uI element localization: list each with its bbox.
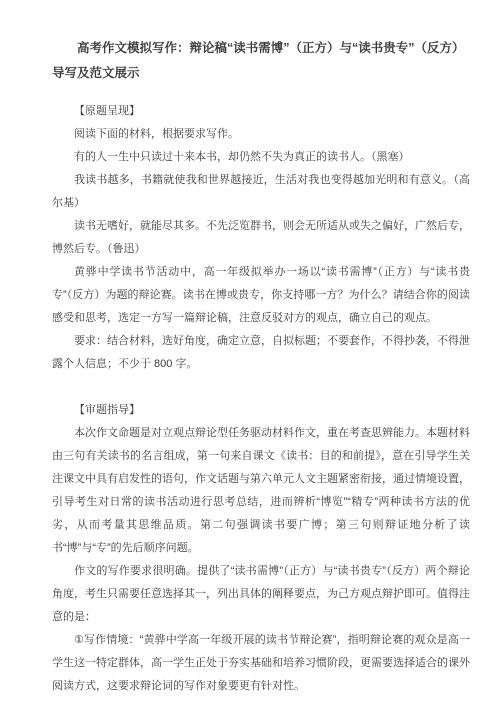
paragraph-quote-hesse: 有的人一生中只读过十来本书，却仍然不失为真正的读书人。（黑塞） — [52, 146, 470, 169]
paragraph-quote-gorky: 我读书越多，书籍就使我和世界越接近，生活对我也变得越加光明和有意义。（高尔基） — [52, 169, 470, 215]
section-topic-guidance: 【审题指导】 本次作文命题是对立观点辩论型任务驱动材料作文，重在考查思辨能力。本… — [52, 399, 470, 698]
paragraph-guidance-requirements: 作文的写作要求很明确。提供了“读书需博”（正方）与“读书贵专”（反方）两个辩论角… — [52, 560, 470, 629]
paragraph-quote-luxun: 读书无嗜好，就能尽其多。不先泛览群书，则会无所适从或失之偏好，广然后专，博然后专… — [52, 215, 470, 261]
document-title: 高考作文模拟写作：辩论稿“读书需博”（正方）与“读书贵专”（反方） 导写及范文展… — [52, 36, 470, 86]
section-heading-topic-guidance: 【审题指导】 — [52, 399, 470, 422]
document-title-line-2: 导写及范文展示 — [52, 61, 470, 86]
paragraph-guidance-point-1: ①写作情境：“黄骅中学高一年级开展的读书节辩论赛”，指明辩论赛的观众是高一学生这… — [52, 629, 470, 698]
paragraph-task-scenario: 黄骅中学读书节活动中，高一年级拟举办一场以“读书需博”（正方）与“读书贵专”（反… — [52, 261, 470, 330]
document-page: 高考作文模拟写作：辩论稿“读书需博”（正方）与“读书贵专”（反方） 导写及范文展… — [0, 0, 500, 709]
paragraph-instruction: 阅读下面的材料，根据要求写作。 — [52, 123, 470, 146]
paragraph-requirements: 要求：结合材料，选好角度，确定立意，自拟标题；不要套作，不得抄袭，不得泄露个人信… — [52, 330, 470, 376]
paragraph-guidance-analysis: 本次作文命题是对立观点辩论型任务驱动材料作文，重在考查思辨能力。本题材料由三句有… — [52, 422, 470, 560]
section-original-question: 【原题呈现】 阅读下面的材料，根据要求写作。 有的人一生中只读过十来本书，却仍然… — [52, 100, 470, 376]
document-title-line-1: 高考作文模拟写作：辩论稿“读书需博”（正方）与“读书贵专”（反方） — [52, 36, 470, 61]
section-heading-original-question: 【原题呈现】 — [52, 100, 470, 123]
